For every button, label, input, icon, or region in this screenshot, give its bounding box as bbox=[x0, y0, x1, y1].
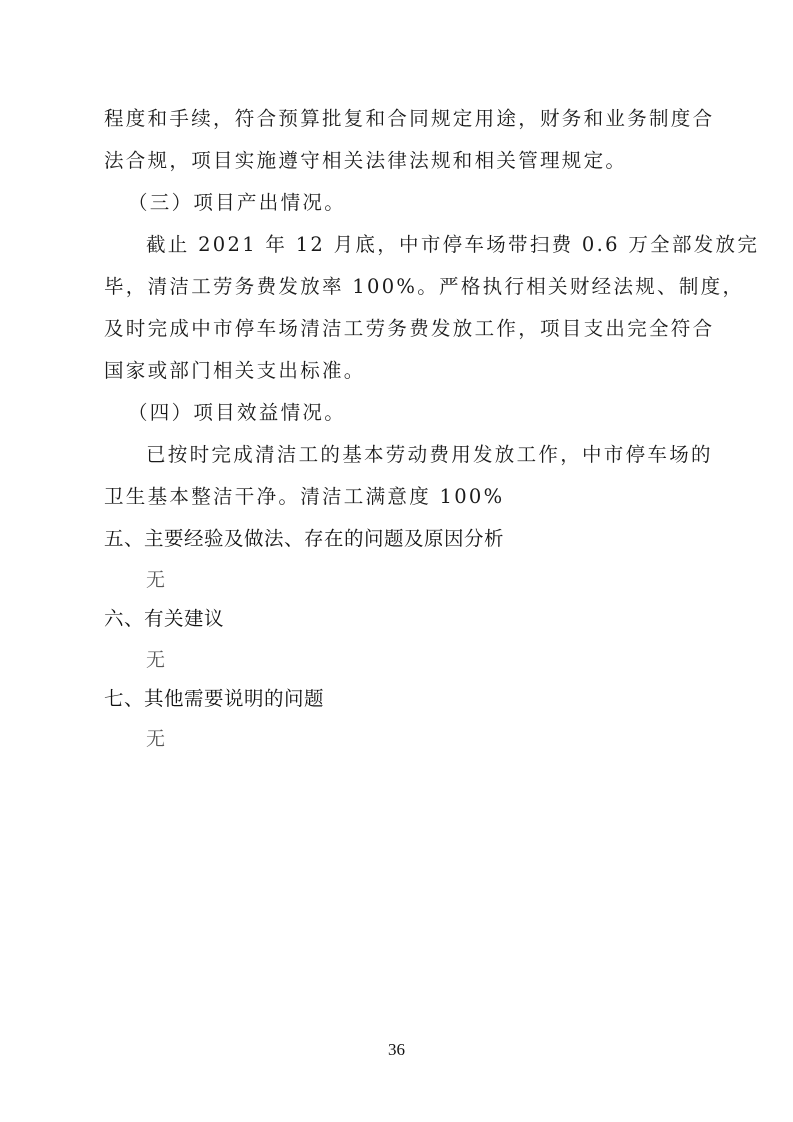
paragraph-line: 毕，清洁工劳务费发放率 100%。严格执行相关财经法规、制度， bbox=[104, 271, 744, 299]
paragraph-line: 法合规，项目实施遵守相关法律法规和相关管理规定。 bbox=[104, 145, 627, 173]
paragraph-line: 卫生基本整洁干净。清洁工满意度 100% bbox=[104, 481, 504, 509]
section-heading-6: 六、有关建议 bbox=[104, 603, 224, 631]
section-heading-5: 五、主要经验及做法、存在的问题及原因分析 bbox=[104, 523, 504, 551]
paragraph-line: 国家或部门相关支出标准。 bbox=[104, 355, 366, 383]
section-heading-7: 七、其他需要说明的问题 bbox=[104, 683, 324, 711]
paragraph-line: 程度和手续，符合预算批复和合同规定用途，财务和业务制度合 bbox=[104, 103, 714, 131]
paragraph-line: 及时完成中市停车场清洁工劳务费发放工作，项目支出完全符合 bbox=[104, 313, 714, 341]
paragraph-line: 已按时完成清洁工的基本劳动费用发放工作，中市停车场的 bbox=[146, 439, 713, 467]
paragraph-line: 截止 2021 年 12 月底，中市停车场带扫费 0.6 万全部发放完 bbox=[146, 229, 759, 257]
subsection-title: （三）项目产出情况。 bbox=[128, 187, 346, 215]
subsection-title: （四）项目效益情况。 bbox=[128, 397, 346, 425]
page-number: 36 bbox=[0, 1040, 793, 1060]
section-body-7: 无 bbox=[146, 724, 165, 751]
section-body-6: 无 bbox=[146, 645, 165, 672]
section-body-5: 无 bbox=[146, 565, 165, 592]
